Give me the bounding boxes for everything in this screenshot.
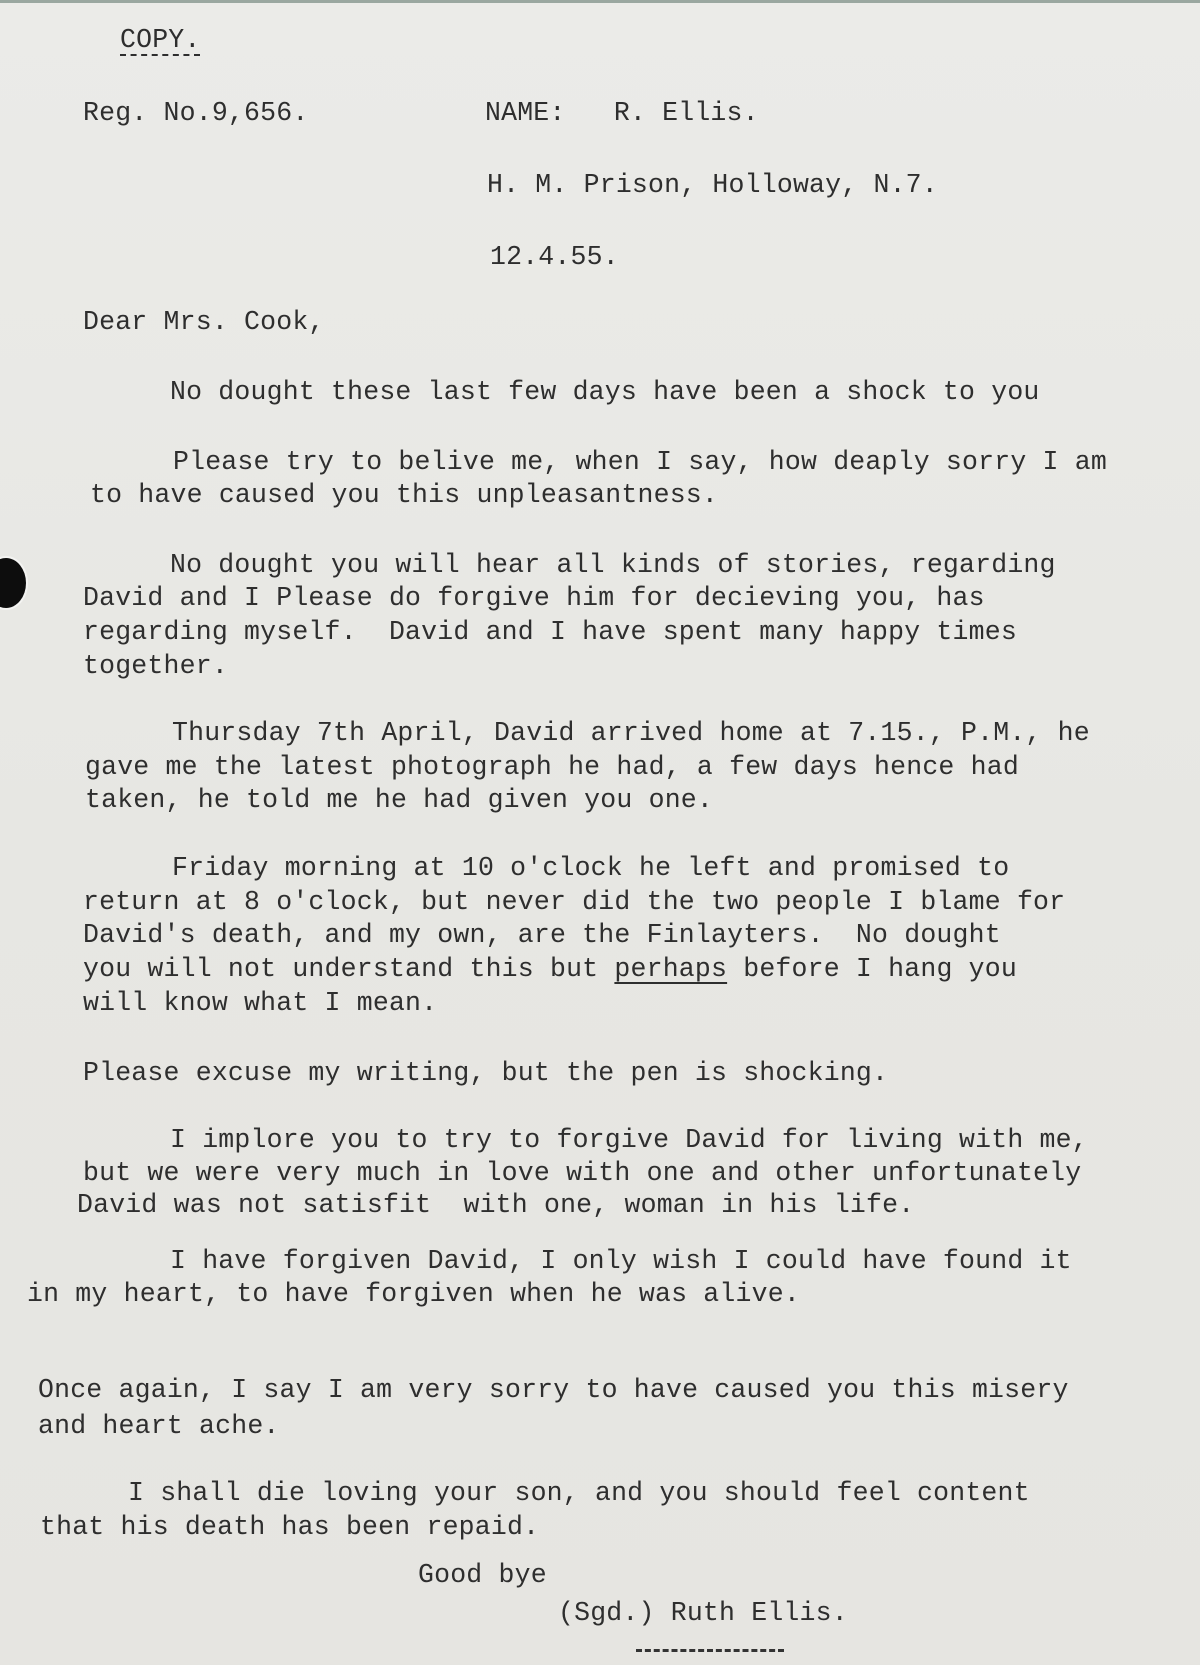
- text-span: you will not understand this but: [83, 954, 614, 984]
- paragraph-line: but we were very much in love with one a…: [83, 1157, 1081, 1189]
- prisoner-name: NAME: R. Ellis.: [485, 97, 759, 129]
- paragraph-line: return at 8 o'clock, but never did the t…: [83, 886, 1065, 918]
- copy-label: COPY.: [120, 24, 201, 56]
- salutation: Dear Mrs. Cook,: [83, 306, 325, 338]
- paragraph-line: in my heart, to have forgiven when he wa…: [27, 1278, 800, 1310]
- prison-address: H. M. Prison, Holloway, N.7.: [487, 169, 938, 201]
- paragraph-line: will know what I mean.: [83, 987, 437, 1019]
- paragraph-line: I implore you to try to forgive David fo…: [170, 1124, 1088, 1156]
- paragraph-line: No dought you will hear all kinds of sto…: [170, 549, 1056, 581]
- closing: Good bye: [418, 1559, 547, 1591]
- underlined-word: perhaps: [614, 954, 727, 984]
- paragraph-line: David was not satisfit with one, woman i…: [77, 1189, 914, 1221]
- paragraph-line: together.: [83, 650, 228, 682]
- paragraph-line: that his death has been repaid.: [40, 1511, 539, 1543]
- signature: (Sgd.) Ruth Ellis.: [558, 1597, 848, 1629]
- letter-page: COPY. Reg. No.9,656. NAME: R. Ellis. H. …: [0, 0, 1200, 1665]
- paragraph-line: taken, he told me he had given you one.: [85, 784, 713, 816]
- end-mark-divider: [636, 1649, 784, 1652]
- paragraph-line: regarding myself. David and I have spent…: [83, 616, 1017, 648]
- paragraph-line: Thursday 7th April, David arrived home a…: [172, 717, 1090, 749]
- paragraph-line: No dought these last few days have been …: [170, 376, 1040, 408]
- paragraph-line: I have forgiven David, I only wish I cou…: [170, 1245, 1072, 1277]
- paragraph-line: David's death, and my own, are the Finla…: [83, 919, 1001, 951]
- reg-number: Reg. No.9,656.: [83, 97, 308, 129]
- letter-date: 12.4.55.: [490, 241, 619, 273]
- page-top-edge: [0, 0, 1200, 3]
- paragraph-line: Once again, I say I am very sorry to hav…: [38, 1374, 1069, 1406]
- paragraph-line: to have caused you this unpleasantness.: [90, 479, 718, 511]
- paragraph-line: and heart ache.: [38, 1410, 280, 1442]
- paragraph-line: Please try to belive me, when I say, how…: [173, 446, 1107, 478]
- paragraph-line: I shall die loving your son, and you sho…: [128, 1477, 1030, 1509]
- punch-hole: [0, 558, 26, 608]
- paragraph-line: Please excuse my writing, but the pen is…: [83, 1057, 888, 1089]
- paragraph-line: you will not understand this but perhaps…: [83, 953, 1017, 985]
- paragraph-line: gave me the latest photograph he had, a …: [85, 751, 1019, 783]
- paragraph-line: Friday morning at 10 o'clock he left and…: [172, 852, 1009, 884]
- paragraph-line: David and I Please do forgive him for de…: [83, 582, 985, 614]
- text-span: before I hang you: [727, 954, 1017, 984]
